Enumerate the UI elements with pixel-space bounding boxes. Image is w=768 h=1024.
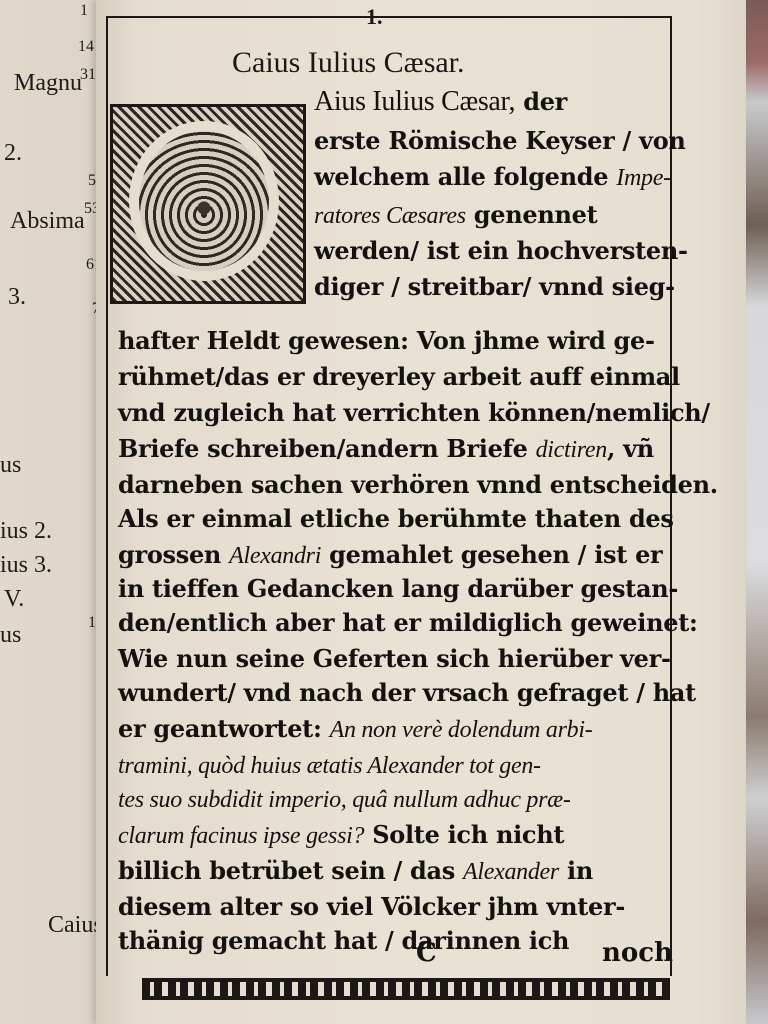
- index-entry: Magnu: [14, 70, 82, 97]
- text-line: hafter Heldt gewesen: Von jhme wird ge-: [118, 326, 655, 355]
- text-line: ratores Cæsares genennet: [314, 200, 597, 230]
- index-page-number: 1: [80, 2, 88, 20]
- text-line: Briefe schreiben/andern Briefe dictiren,…: [118, 434, 654, 464]
- text-line: er geantwortet: An non verè dolendum arb…: [118, 714, 592, 744]
- text-line: diger / streitbar/ vnnd sieg-: [314, 272, 675, 301]
- text-line: grossen Alexandri gemahlet gesehen / ist…: [118, 540, 662, 570]
- text-line: thänig gemacht hat / darinnen ich: [118, 926, 569, 955]
- text-line: rühmet/das er dreyerley arbeit auff einm…: [118, 362, 680, 391]
- index-entry: us: [0, 622, 21, 649]
- text-line: Aius Iulius Cæsar, der: [314, 86, 567, 118]
- text-line: welchem alle folgende Impe-: [314, 162, 671, 192]
- text-line: werden/ ist ein hochversten-: [314, 236, 688, 265]
- index-entry: ius 3.: [0, 552, 52, 579]
- index-page-number: 31: [80, 66, 96, 84]
- text-line: Als er einmal etliche berühmte thaten de…: [118, 504, 674, 533]
- index-entry: 2.: [4, 140, 22, 167]
- chapter-title: Caius Iulius Cæsar.: [232, 46, 465, 80]
- index-entry: Absima: [10, 208, 85, 235]
- decorated-initial-c-icon: C: [110, 104, 306, 304]
- book-page: 1. Caius Iulius Cæsar. C Aius Iulius Cæs…: [96, 0, 746, 1024]
- index-entry: V.: [4, 586, 24, 613]
- index-page-number: 14: [78, 38, 94, 56]
- index-entry: 3.: [8, 284, 26, 311]
- page-number: 1.: [366, 4, 383, 30]
- text-line: wundert/ vnd nach der vrsach gefraget / …: [118, 678, 696, 707]
- catchword: noch: [602, 938, 673, 968]
- index-entry: ius 2.: [0, 518, 52, 545]
- ornamental-border: [142, 978, 670, 1000]
- index-entry: Caius: [48, 912, 103, 939]
- text-line: clarum facinus ipse gessi? Solte ich nic…: [118, 820, 564, 850]
- index-page-number: 5: [88, 172, 96, 190]
- text-line: vnd zugleich hat verrichten können/nemli…: [118, 398, 710, 427]
- text-line: diesem alter so viel Völcker jhm vnter-: [118, 892, 625, 921]
- text-line: darneben sachen verhören vnnd entscheide…: [118, 470, 718, 499]
- text-line: tramini, quòd huius ætatis Alexander tot…: [118, 750, 541, 780]
- text-line: in tieffen Gedancken lang darüber gestan…: [118, 574, 678, 603]
- text-line: den/entlich aber hat er mildiglich gewei…: [118, 608, 698, 637]
- signature-mark: C: [416, 938, 437, 968]
- text-line: tes suo subdidit imperio, quâ nullum adh…: [118, 784, 571, 814]
- text-line: billich betrübet sein / das Alexander in: [118, 856, 593, 886]
- index-entry: us: [0, 452, 21, 479]
- text-line: erste Römische Keyser / von: [314, 126, 686, 155]
- text-line: Wie nun seine Geferten sich hierüber ver…: [118, 644, 671, 673]
